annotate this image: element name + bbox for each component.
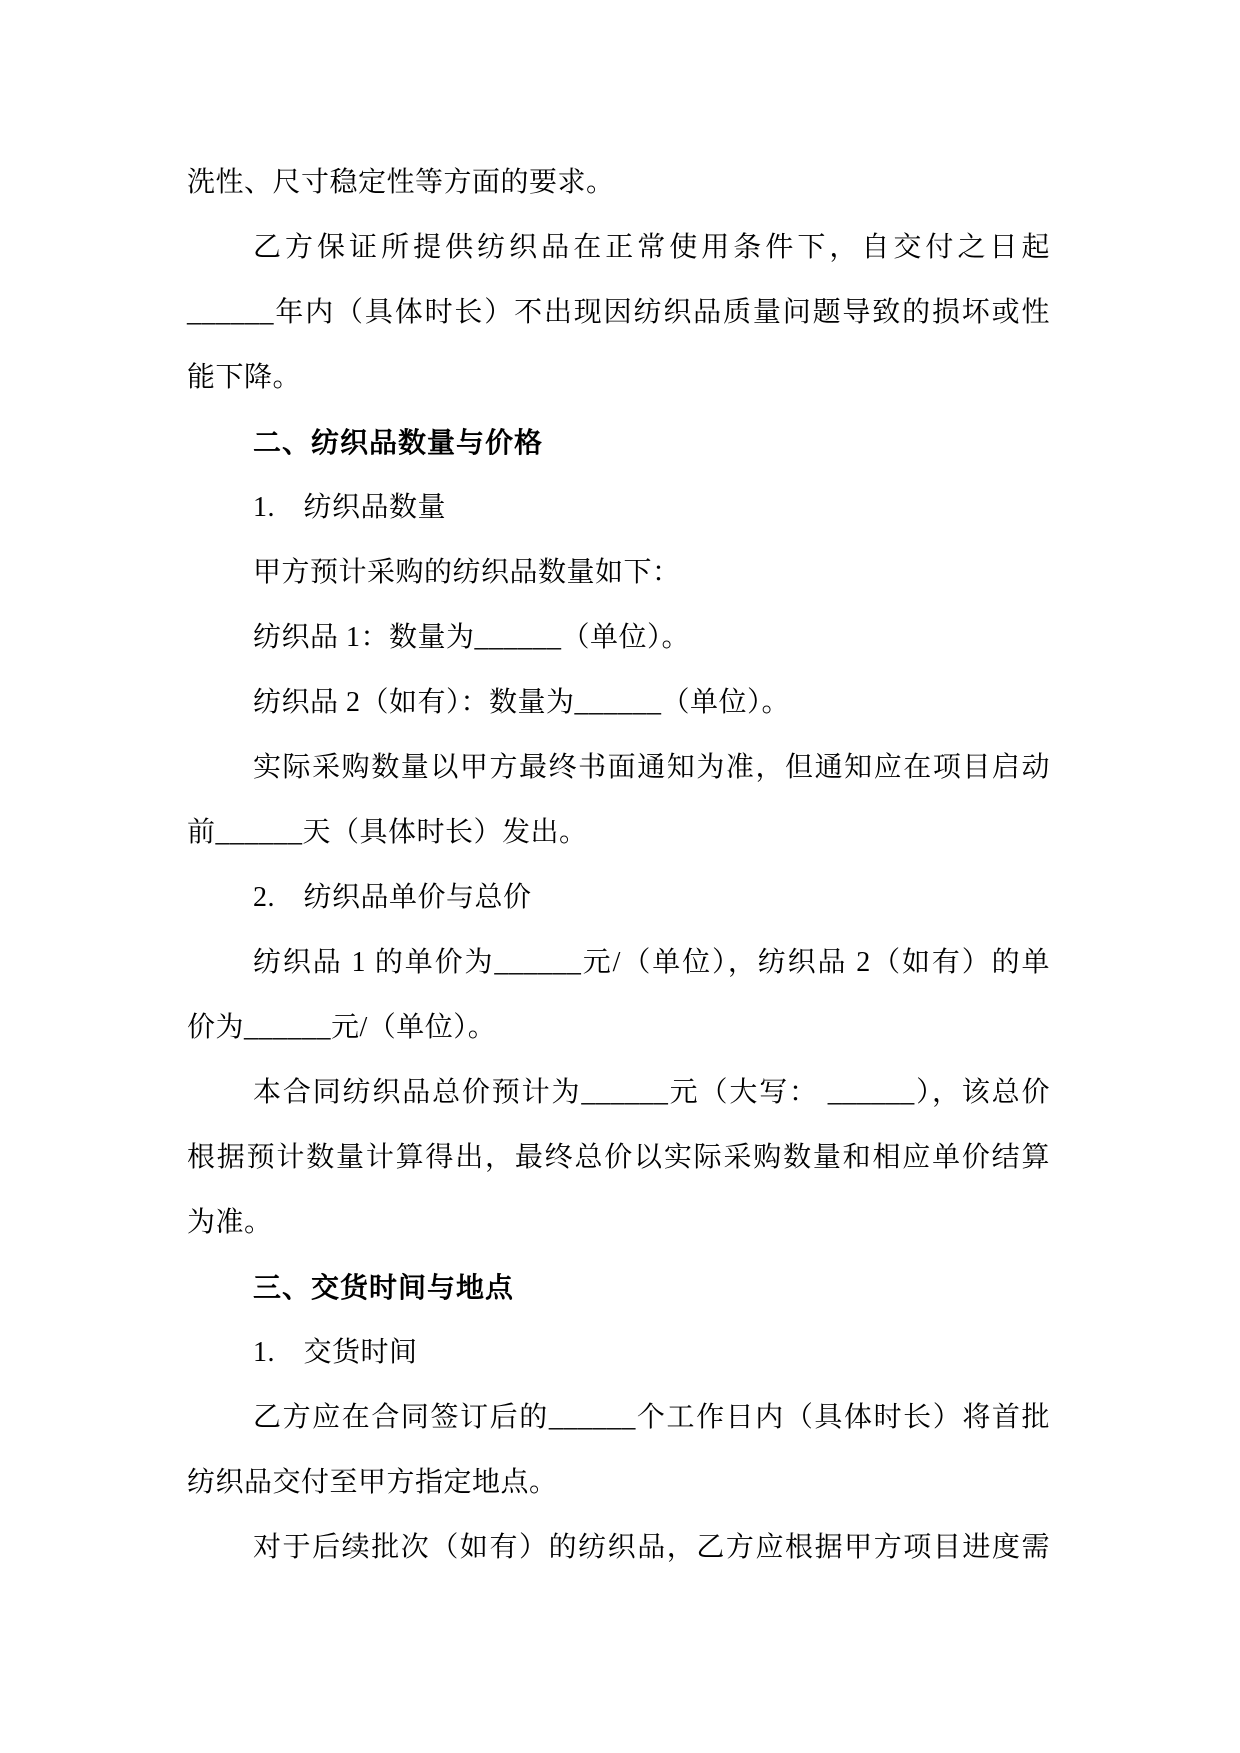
paragraph-line: 甲方预计采购的纺织品数量如下： (187, 540, 1050, 605)
paragraph-line: 纺织品交付至甲方指定地点。 (187, 1450, 1050, 1515)
section-heading: 二、纺织品数量与价格 (187, 410, 1050, 475)
paragraph-line: 价为______元/（单位）。 (187, 995, 1050, 1060)
paragraph-line: 洗性、尺寸稳定性等方面的要求。 (187, 150, 1050, 215)
paragraph-line: 纺织品 1：数量为______（单位）。 (187, 605, 1050, 670)
section-heading: 三、交货时间与地点 (187, 1255, 1050, 1320)
paragraph-line: 本合同纺织品总价预计为______元（大写： ______），该总价 (187, 1060, 1050, 1125)
paragraph-line: 纺织品 2（如有）：数量为______（单位）。 (187, 670, 1050, 735)
paragraph-line: 实际采购数量以甲方最终书面通知为准，但通知应在项目启动 (187, 735, 1050, 800)
paragraph-line: 根据预计数量计算得出，最终总价以实际采购数量和相应单价结算 (187, 1125, 1050, 1190)
paragraph-line: 能下降。 (187, 345, 1050, 410)
paragraph-line: 纺织品 1 的单价为______元/（单位），纺织品 2（如有）的单 (187, 930, 1050, 995)
document-page: 洗性、尺寸稳定性等方面的要求。乙方保证所提供纺织品在正常使用条件下，自交付之日起… (0, 0, 1240, 1753)
paragraph-line: 2. 纺织品单价与总价 (187, 865, 1050, 930)
paragraph-line: 乙方保证所提供纺织品在正常使用条件下，自交付之日起 (187, 215, 1050, 280)
paragraph-line: 为准。 (187, 1190, 1050, 1255)
paragraph-line: 1. 交货时间 (187, 1320, 1050, 1385)
document-body: 洗性、尺寸稳定性等方面的要求。乙方保证所提供纺织品在正常使用条件下，自交付之日起… (187, 150, 1050, 1580)
paragraph-line: 对于后续批次（如有）的纺织品，乙方应根据甲方项目进度需 (187, 1515, 1050, 1580)
paragraph-line: ______年内（具体时长）不出现因纺织品质量问题导致的损坏或性 (187, 280, 1050, 345)
paragraph-line: 前______天（具体时长）发出。 (187, 800, 1050, 865)
paragraph-line: 乙方应在合同签订后的______个工作日内（具体时长）将首批 (187, 1385, 1050, 1450)
paragraph-line: 1. 纺织品数量 (187, 475, 1050, 540)
